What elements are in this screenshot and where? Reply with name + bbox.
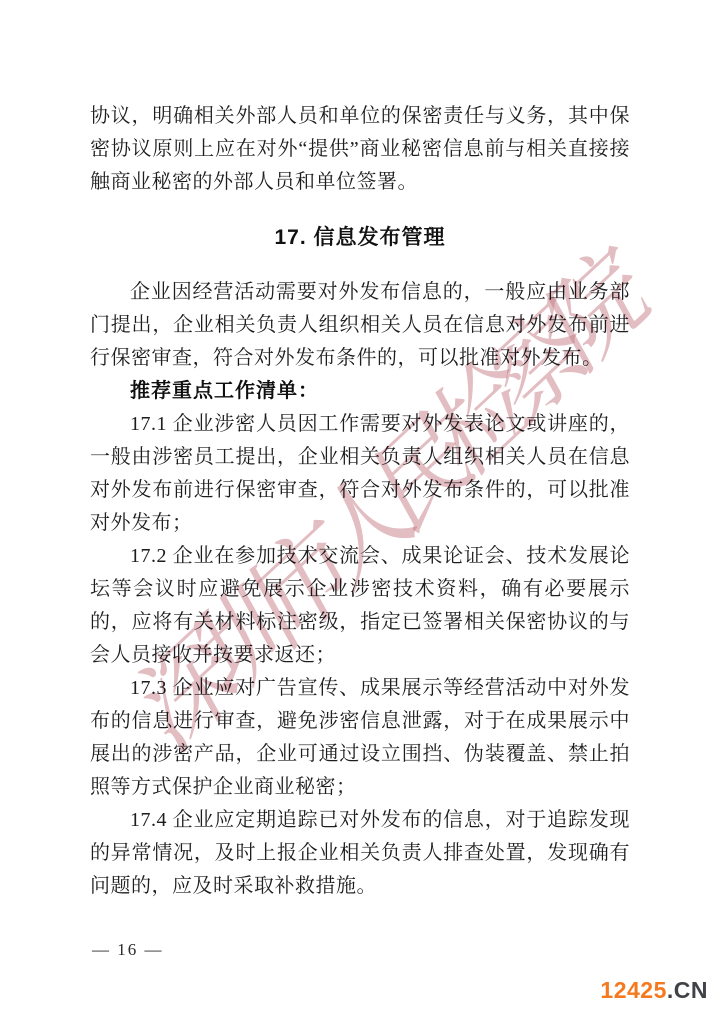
continuation-paragraph: 协议，明确相关外部人员和单位的保密责任与义务，其中保密协议原则上应在对外“提供”… <box>90 100 630 199</box>
list-item-17-4: 17.4 企业应定期追踪已对外发布的信息，对于追踪发现的异常情况，及时上报企业相… <box>90 804 630 903</box>
section-heading: 17. 信息发布管理 <box>90 221 630 254</box>
document-page: 深圳市人民检察院 协议，明确相关外部人员和单位的保密责任与义务，其中保密协议原则… <box>0 0 720 1018</box>
site-watermark: 12425.CN <box>600 977 708 1004</box>
list-item-17-2: 17.2 企业在参加技术交流会、成果论证会、技术发展论坛等会议时应避免展示企业涉… <box>90 540 630 672</box>
site-watermark-number: 12425 <box>600 977 666 1003</box>
page-number: — 16 — <box>92 940 164 960</box>
page-body: 协议，明确相关外部人员和单位的保密责任与义务，其中保密协议原则上应在对外“提供”… <box>90 100 630 903</box>
list-item-17-1: 17.1 企业涉密人员因工作需要对外发表论文或讲座的，一般由涉密员工提出，企业相… <box>90 408 630 540</box>
list-title: 推荐重点工作清单： <box>90 375 630 408</box>
intro-paragraph: 企业因经营活动需要对外发布信息的，一般应由业务部门提出，企业相关负责人组织相关人… <box>90 276 630 375</box>
list-item-17-3: 17.3 企业应对广告宣传、成果展示等经营活动中对外发布的信息进行审查，避免涉密… <box>90 672 630 804</box>
site-watermark-domain-suffix: .CN <box>667 977 708 1003</box>
